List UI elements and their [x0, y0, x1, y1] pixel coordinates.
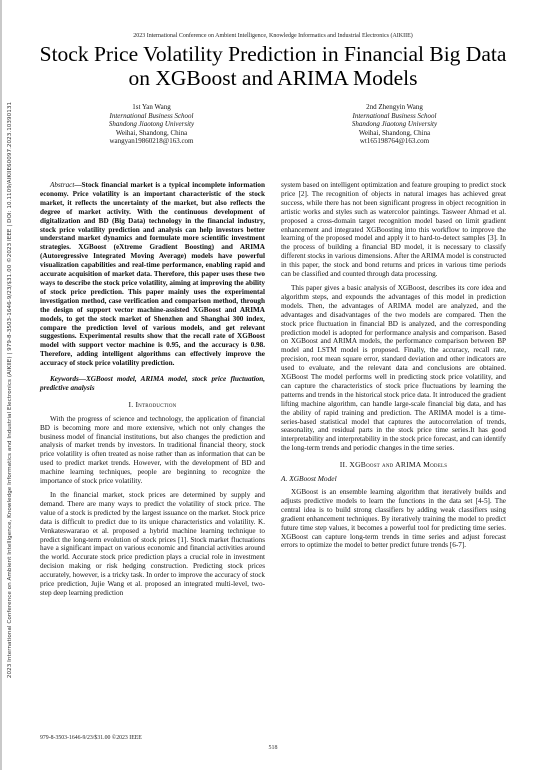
author-location: Weihai, Shandong, China: [295, 129, 495, 138]
author-department: International Business School: [295, 112, 495, 121]
copyright-footer: 979-8-3503-1646-9/23/$31.00 ©2023 IEEE: [40, 735, 142, 741]
paragraph: XGBoost is an ensemble learning algorith…: [281, 488, 506, 550]
left-column: Abstract—Stock financial market is a typ…: [40, 181, 265, 598]
subsection-heading-xgboost: A. XGBoost Model: [281, 475, 506, 484]
abstract: Abstract—Stock financial market is a typ…: [40, 181, 265, 368]
page-left-edge: [0, 0, 2, 770]
abstract-label: Abstract: [50, 181, 74, 189]
author-block: 1st Yan Wang International Business Scho…: [30, 103, 516, 146]
paragraph: system based on intelligent optimization…: [281, 181, 506, 279]
conference-header: 2023 International Conference on Ambient…: [0, 33, 546, 39]
author-department: International Business School: [52, 112, 252, 121]
author-university: Shandong Jiaotong University: [52, 120, 252, 129]
paragraph: In the financial market, stock prices ar…: [40, 491, 265, 598]
paragraph: With the progress of science and technol…: [40, 415, 265, 486]
page-number: 518: [0, 745, 546, 751]
paper-title: Stock Price Volatility Prediction in Fin…: [30, 42, 516, 90]
right-column: system based on intelligent optimization…: [281, 181, 506, 598]
section-heading-introduction: I. Introduction: [40, 401, 265, 410]
paragraph: This paper gives a basic analysis of XGB…: [281, 284, 506, 453]
author-name: 1st Yan Wang: [52, 103, 252, 112]
abstract-text: —Stock financial market is a typical inc…: [40, 181, 265, 367]
author-2: 2nd Zhengyin Wang International Business…: [295, 103, 495, 146]
keywords: Keywords—XGBoost model, ARIMA model, sto…: [40, 375, 265, 393]
doi-sidebar: 2023 International Conference on Ambient…: [4, 0, 16, 770]
doi-sidebar-text: 2023 International Conference on Ambient…: [7, 102, 13, 678]
author-university: Shandong Jiaotong University: [295, 120, 495, 129]
author-1: 1st Yan Wang International Business Scho…: [52, 103, 252, 146]
section-heading-models: II. XGBoost and ARIMA Models: [281, 461, 506, 470]
author-location: Weihai, Shandong, China: [52, 129, 252, 138]
author-email: wt165198764@163.com: [295, 137, 495, 146]
author-name: 2nd Zhengyin Wang: [295, 103, 495, 112]
two-column-body: Abstract—Stock financial market is a typ…: [40, 181, 506, 598]
author-email: wangyan19860218@163.com: [52, 137, 252, 146]
